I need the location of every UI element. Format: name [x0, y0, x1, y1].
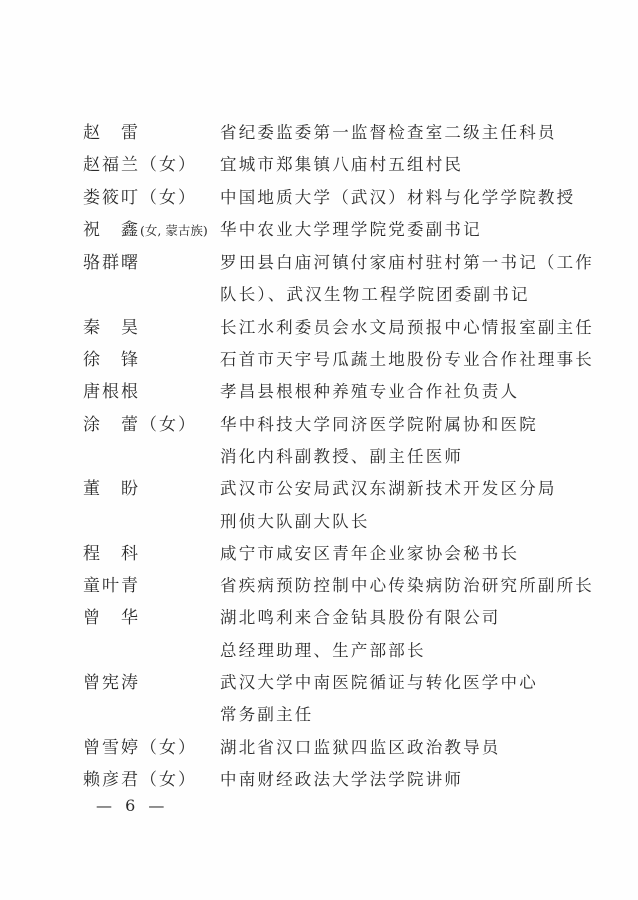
list-item: 赵福兰（女） 宜城市郑集镇八庙村五组村民 — [83, 149, 583, 181]
name-text: 骆群曙 — [83, 253, 140, 273]
role-line: 长江水利委员会水文局预报中心情报室副主任 — [220, 312, 594, 344]
person-name: 唐根根 — [83, 376, 220, 408]
person-name: 曾雪婷（女） — [83, 732, 220, 764]
name-text: 曾雪婷（女） — [83, 738, 197, 758]
name-text: 徐 锋 — [83, 350, 140, 370]
person-roles: 华中科技大学同济医学院附属协和医院 消化内科副教授、副主任医师 — [220, 409, 583, 474]
person-roles: 中南财经政法大学法学院讲师 — [220, 764, 583, 796]
person-roles: 湖北省汉口监狱四监区政治教导员 — [220, 732, 583, 764]
role-line: 湖北鸣利来合金钻具股份有限公司 — [220, 602, 583, 634]
person-name: 童叶青 — [83, 570, 220, 602]
name-text: 赵福兰（女） — [83, 155, 197, 175]
name-note: (女, 蒙古族) — [140, 223, 208, 238]
role-line: 中国地质大学（武汉）材料与化学学院教授 — [220, 182, 583, 214]
person-roles: 中国地质大学（武汉）材料与化学学院教授 — [220, 182, 583, 214]
role-line: 石首市天宇号瓜蔬土地股份专业合作社理事长 — [220, 344, 594, 376]
person-roles: 武汉市公安局武汉东湖新技术开发区分局 刑侦大队副大队长 — [220, 473, 583, 538]
document-page: 赵 雷 省纪委监委第一监督检查室二级主任科员 赵福兰（女） 宜城市郑集镇八庙村五… — [0, 0, 638, 900]
person-name: 骆群曙 — [83, 247, 220, 279]
person-roles: 孝昌县根根种养殖专业合作社负责人 — [220, 376, 583, 408]
role-line: 咸宁市咸安区青年企业家协会秘书长 — [220, 538, 583, 570]
honoree-list: 赵 雷 省纪委监委第一监督检查室二级主任科员 赵福兰（女） 宜城市郑集镇八庙村五… — [83, 117, 583, 796]
list-item: 祝 鑫(女, 蒙古族) 华中农业大学理学院党委副书记 — [83, 214, 583, 247]
person-name: 曾宪涛 — [83, 667, 220, 699]
person-name: 涂 蕾（女） — [83, 409, 220, 441]
list-item: 骆群曙 罗田县白庙河镇付家庙村驻村第一书记（工作 队长）、武汉生物工程学院团委副… — [83, 247, 583, 312]
person-name: 秦 昊 — [83, 312, 220, 344]
role-line: 宜城市郑集镇八庙村五组村民 — [220, 149, 583, 181]
list-item: 徐 锋 石首市天宇号瓜蔬土地股份专业合作社理事长 — [83, 344, 583, 376]
role-line: 华中农业大学理学院党委副书记 — [220, 214, 583, 246]
name-text: 秦 昊 — [83, 318, 140, 338]
role-line: 省纪委监委第一监督检查室二级主任科员 — [220, 117, 583, 149]
name-text: 涂 蕾（女） — [83, 415, 197, 435]
list-item: 童叶青 省疾病预防控制中心传染病防治研究所副所长 — [83, 570, 583, 602]
person-roles: 长江水利委员会水文局预报中心情报室副主任 — [220, 312, 594, 344]
role-line: 总经理助理、生产部部长 — [220, 635, 583, 667]
person-roles: 省疾病预防控制中心传染病防治研究所副所长 — [220, 570, 594, 602]
role-line: 刑侦大队副大队长 — [220, 506, 583, 538]
role-line: 武汉大学中南医院循证与转化医学中心 — [220, 667, 583, 699]
person-name: 赵 雷 — [83, 117, 220, 149]
person-name: 董 盼 — [83, 473, 220, 505]
person-name: 程 科 — [83, 538, 220, 570]
role-line: 队长）、武汉生物工程学院团委副书记 — [220, 279, 594, 311]
page-number: — 6 — — [96, 796, 168, 815]
list-item: 董 盼 武汉市公安局武汉东湖新技术开发区分局 刑侦大队副大队长 — [83, 473, 583, 538]
role-line: 消化内科副教授、副主任医师 — [220, 441, 583, 473]
person-roles: 省纪委监委第一监督检查室二级主任科员 — [220, 117, 583, 149]
role-line: 华中科技大学同济医学院附属协和医院 — [220, 409, 583, 441]
list-item: 曾宪涛 武汉大学中南医院循证与转化医学中心 常务副主任 — [83, 667, 583, 732]
person-name: 徐 锋 — [83, 344, 220, 376]
role-line: 省疾病预防控制中心传染病防治研究所副所长 — [220, 570, 594, 602]
person-roles: 宜城市郑集镇八庙村五组村民 — [220, 149, 583, 181]
name-text: 童叶青 — [83, 576, 140, 596]
name-text: 唐根根 — [83, 382, 140, 402]
role-line: 中南财经政法大学法学院讲师 — [220, 764, 583, 796]
list-item: 娄筱叮（女） 中国地质大学（武汉）材料与化学学院教授 — [83, 182, 583, 214]
list-item: 秦 昊 长江水利委员会水文局预报中心情报室副主任 — [83, 312, 583, 344]
name-text: 曾 华 — [83, 608, 140, 628]
name-text: 赖彦君（女） — [83, 770, 197, 790]
list-item: 涂 蕾（女） 华中科技大学同济医学院附属协和医院 消化内科副教授、副主任医师 — [83, 409, 583, 474]
list-item: 赵 雷 省纪委监委第一监督检查室二级主任科员 — [83, 117, 583, 149]
role-line: 孝昌县根根种养殖专业合作社负责人 — [220, 376, 583, 408]
person-name: 祝 鑫(女, 蒙古族) — [83, 214, 220, 247]
person-roles: 咸宁市咸安区青年企业家协会秘书长 — [220, 538, 583, 570]
person-name: 赵福兰（女） — [83, 149, 220, 181]
name-text: 赵 雷 — [83, 123, 140, 143]
person-roles: 华中农业大学理学院党委副书记 — [220, 214, 583, 246]
name-text: 董 盼 — [83, 479, 140, 499]
list-item: 曾雪婷（女） 湖北省汉口监狱四监区政治教导员 — [83, 732, 583, 764]
person-roles: 罗田县白庙河镇付家庙村驻村第一书记（工作 队长）、武汉生物工程学院团委副书记 — [220, 247, 594, 312]
role-line: 罗田县白庙河镇付家庙村驻村第一书记（工作 — [220, 247, 594, 279]
name-text: 娄筱叮（女） — [83, 188, 197, 208]
person-name: 赖彦君（女） — [83, 764, 220, 796]
person-roles: 武汉大学中南医院循证与转化医学中心 常务副主任 — [220, 667, 583, 732]
role-line: 常务副主任 — [220, 699, 583, 731]
name-text: 程 科 — [83, 544, 140, 564]
list-item: 唐根根 孝昌县根根种养殖专业合作社负责人 — [83, 376, 583, 408]
person-roles: 石首市天宇号瓜蔬土地股份专业合作社理事长 — [220, 344, 594, 376]
list-item: 程 科 咸宁市咸安区青年企业家协会秘书长 — [83, 538, 583, 570]
role-line: 武汉市公安局武汉东湖新技术开发区分局 — [220, 473, 583, 505]
name-text: 曾宪涛 — [83, 673, 140, 693]
person-roles: 湖北鸣利来合金钻具股份有限公司 总经理助理、生产部部长 — [220, 602, 583, 667]
name-text: 祝 鑫 — [83, 220, 140, 240]
role-line: 湖北省汉口监狱四监区政治教导员 — [220, 732, 583, 764]
person-name: 娄筱叮（女） — [83, 182, 220, 214]
list-item: 赖彦君（女） 中南财经政法大学法学院讲师 — [83, 764, 583, 796]
person-name: 曾 华 — [83, 602, 220, 634]
list-item: 曾 华 湖北鸣利来合金钻具股份有限公司 总经理助理、生产部部长 — [83, 602, 583, 667]
